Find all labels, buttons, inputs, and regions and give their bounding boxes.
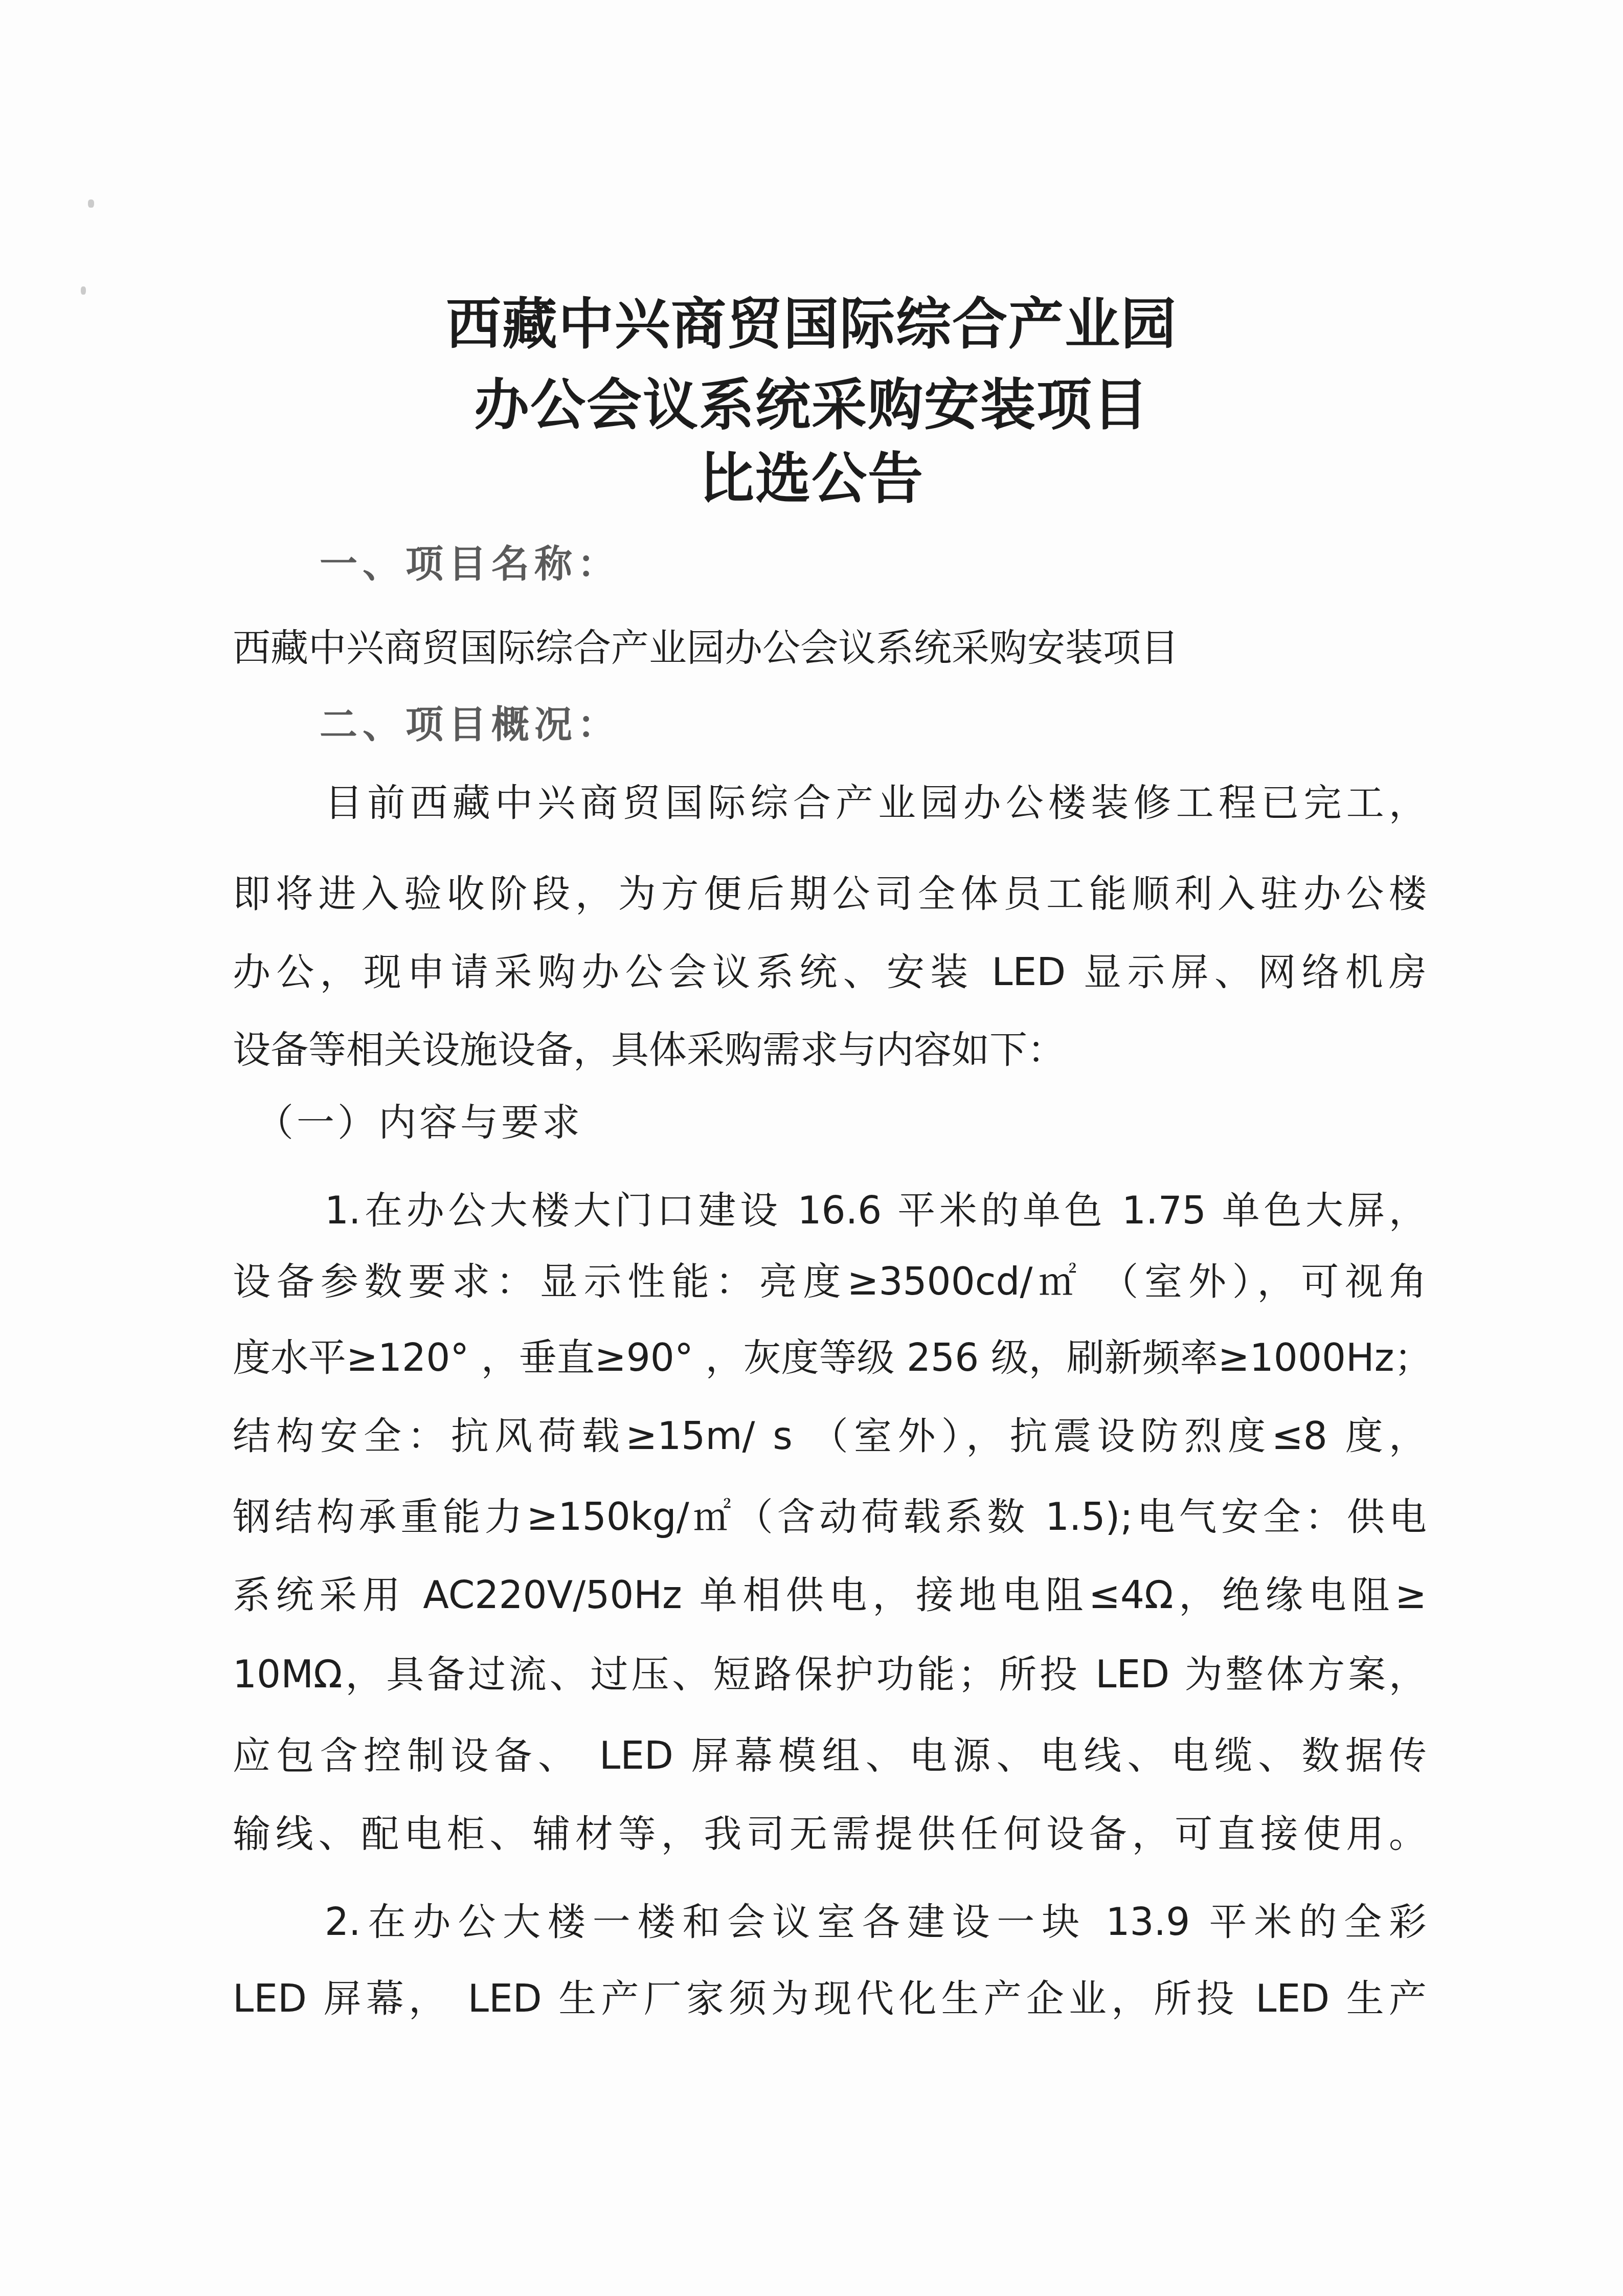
item1-line: 结构安全：抗风荷载≥15m/ s （室外），抗震设防烈度≤8 度， <box>233 1411 1427 1462</box>
overview-line: 办公，现申请采购办公会议系统、安装 LED 显示屏、网络机房 <box>233 947 1427 998</box>
item1-line: 应包含控制设备、 LED 屏幕模组、电源、电线、电缆、数据传 <box>233 1730 1427 1781</box>
item1-line: 设备参数要求：显示性能：亮度≥3500cd/㎡ （室外），可视角 <box>233 1256 1427 1307</box>
document-title-line-3: 比选公告 <box>0 448 1623 509</box>
item1-line: 钢结构承重能力≥150kg/㎡（含动荷载系数 1.5);电气安全：供电 <box>233 1491 1427 1543</box>
section-heading-project-name: 一、项目名称： <box>320 539 620 590</box>
item1-line: 1.在办公大楼大门口建设 16.6 平米的单色 1.75 单色大屏， <box>233 1185 1427 1236</box>
overview-line: 目前西藏中兴商贸国际综合产业园办公楼装修工程已完工， <box>233 777 1427 829</box>
item1-line: 度水平≥120° ，垂直≥90° ，灰度等级 256 级，刷新频率≥1000Hz… <box>233 1332 1427 1384</box>
item1-line: 输线、配电柜、辅材等，我司无需提供任何设备，可直接使用。 <box>233 1809 1427 1860</box>
document-page: 西藏中兴商贸国际综合产业园 办公会议系统采购安装项目 比选公告 一、项目名称： … <box>0 0 1623 2296</box>
item1-line: 10MΩ，具备过流、过压、短路保护功能；所投 LED 为整体方案， <box>233 1649 1427 1700</box>
project-name-text: 西藏中兴商贸国际综合产业园办公会议系统采购安装项目 <box>233 622 1427 674</box>
overview-line: 设备等相关设施设备，具体采购需求与内容如下： <box>233 1024 1427 1076</box>
document-title-line-2: 办公会议系统采购安装项目 <box>0 374 1623 436</box>
section-heading-project-overview: 二、项目概况： <box>320 699 620 750</box>
document-title-line-1: 西藏中兴商贸国际综合产业园 <box>0 294 1623 355</box>
item1-line: 系统采用 AC220V/50Hz 单相供电，接地电阻≤4Ω，绝缘电阻≥ <box>233 1570 1427 1621</box>
scan-speck <box>88 199 94 208</box>
item2-line: LED 屏幕， LED 生产厂家须为现代化生产企业，所投 LED 生产 <box>233 1973 1427 2024</box>
subsection-heading-content-requirements: （一）内容与要求 <box>256 1097 583 1148</box>
overview-line: 即将进入验收阶段，为方便后期公司全体员工能顺利入驻办公楼 <box>233 868 1427 920</box>
item2-line: 2.在办公大楼一楼和会议室各建设一块 13.9 平米的全彩 <box>233 1897 1427 1948</box>
